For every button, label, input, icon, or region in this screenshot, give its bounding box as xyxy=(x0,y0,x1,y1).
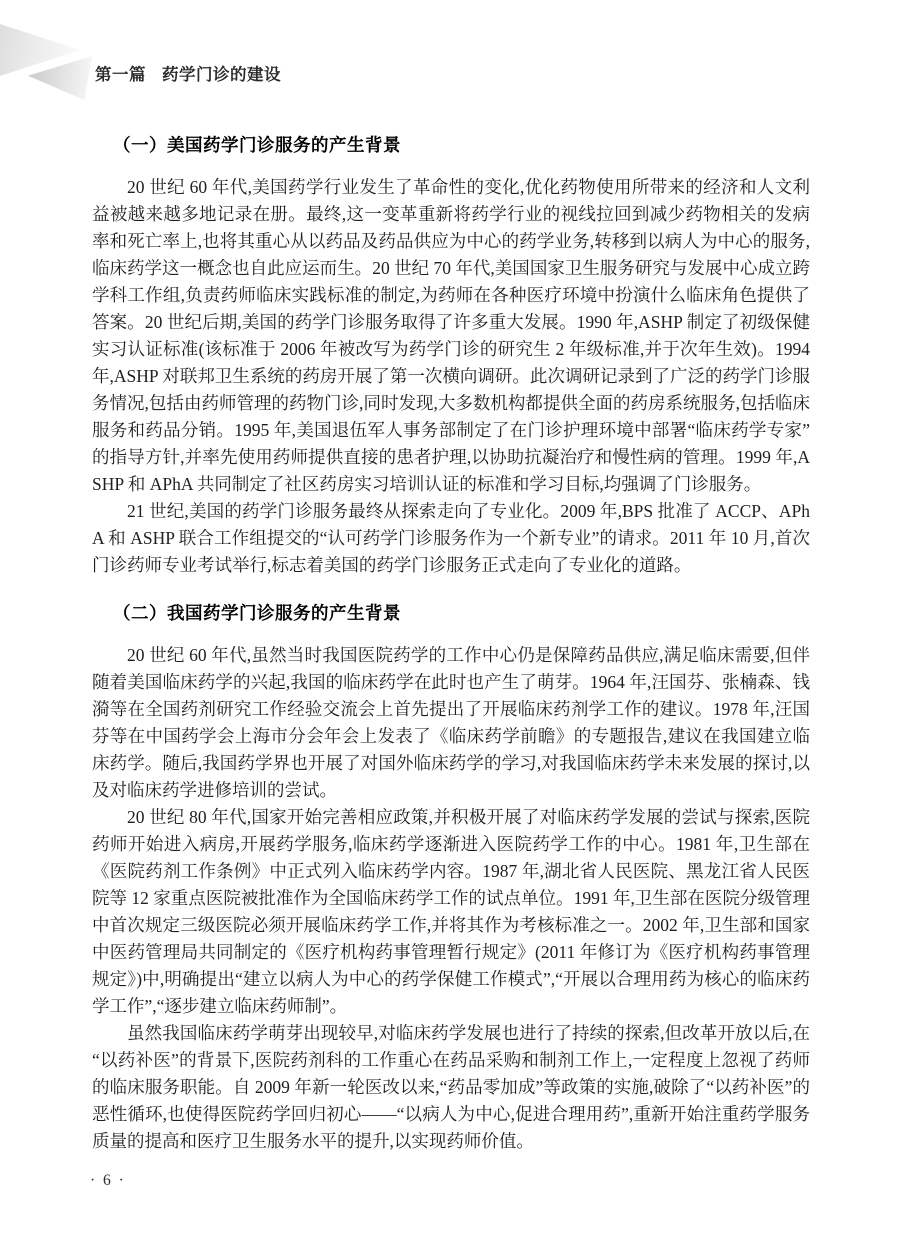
running-head-part-label: 第一篇 xyxy=(95,65,146,84)
paragraph: 21 世纪,美国的药学门诊服务最终从探索走向了专业化。2009 年,BPS 批准… xyxy=(92,498,810,579)
chapter-arrow-decoration xyxy=(0,0,140,110)
running-head: 第一篇药学门诊的建设 xyxy=(95,61,281,85)
page-content: （一）美国药学门诊服务的产生背景 20 世纪 60 年代,美国药学行业发生了革命… xyxy=(92,120,810,1155)
page-number: · 6 · xyxy=(90,1172,126,1190)
paragraph: 20 世纪 80 年代,国家开始完善相应政策,并积极开展了对临床药学发展的尝试与… xyxy=(92,804,810,1020)
paragraph: 20 世纪 60 年代,美国药学行业发生了革命性的变化,优化药物使用所带来的经济… xyxy=(92,174,810,498)
running-head-chapter-title: 药学门诊的建设 xyxy=(162,65,281,84)
paragraph: 虽然我国临床药学萌芽出现较早,对临床药学发展也进行了持续的探索,但改革开放以后,… xyxy=(92,1020,810,1155)
book-page: 第一篇药学门诊的建设 （一）美国药学门诊服务的产生背景 20 世纪 60 年代,… xyxy=(0,0,900,1245)
section-heading-china-background: （二）我国药学门诊服务的产生背景 xyxy=(92,600,810,625)
paragraph: 20 世纪 60 年代,虽然当时我国医院药学的工作中心仍是保障药品供应,满足临床… xyxy=(92,642,810,804)
section-heading-us-background: （一）美国药学门诊服务的产生背景 xyxy=(92,132,810,157)
